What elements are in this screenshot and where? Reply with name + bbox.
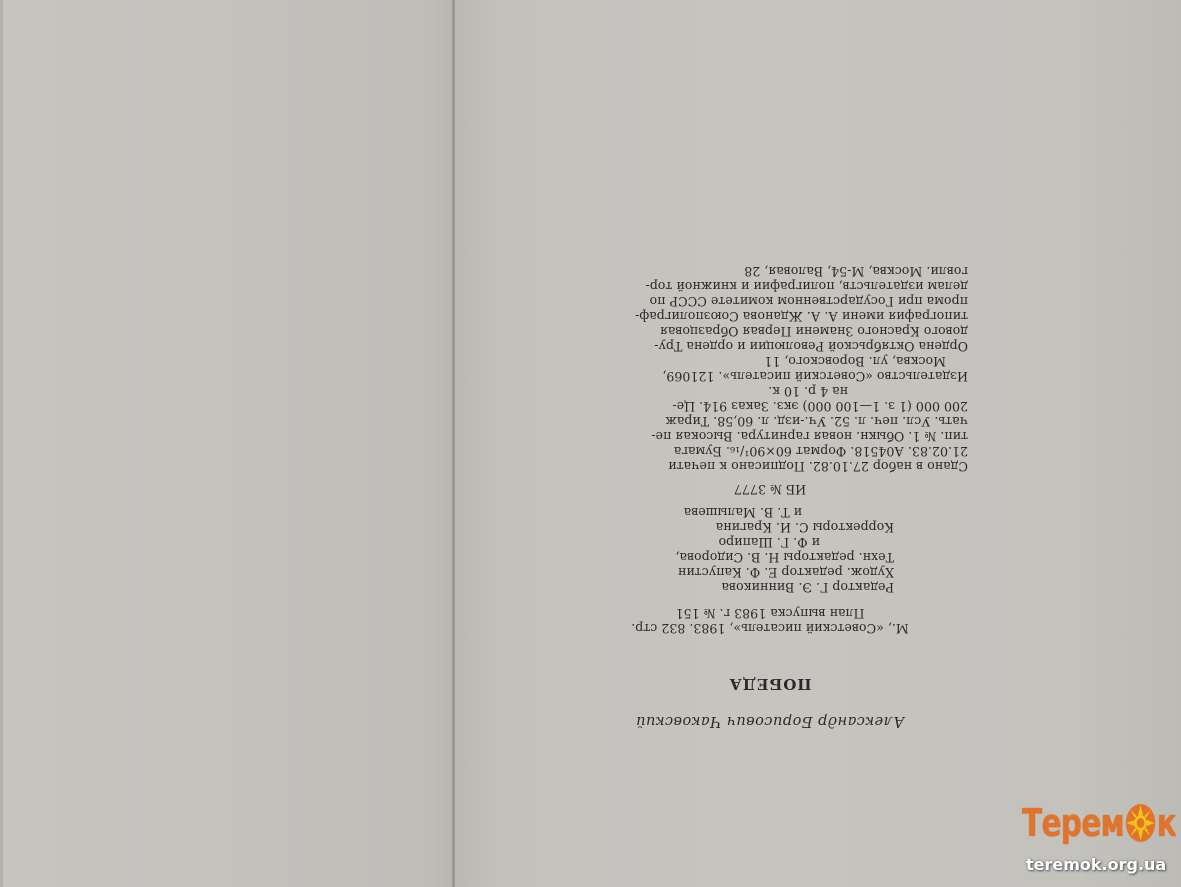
credit-tech-editors-cont: и Ф. Г. Шапиро (560, 535, 894, 550)
colophon-line: тип. № 1. Обыкн. новая гарнитура. Высока… (560, 429, 968, 444)
teremok-watermark: Терем к teremok.org.ua (1018, 798, 1178, 884)
sun-icon (1125, 803, 1156, 843)
colophon-line: 21.02.83. А04518. Формат 60×90¹/₁₆. Бума… (560, 444, 968, 459)
colophon-line: на 4 р. 10 к. (560, 384, 968, 399)
colophon-line: Издательство «Советский писатель». 12106… (560, 369, 968, 384)
credit-editor: Редактор Г. Э. Винникова (560, 580, 894, 595)
book-author: Александр Борисович Чаковский (560, 713, 980, 728)
credit-art-editor: Худож. редактор Е. Ф. Капустин (560, 565, 894, 580)
plan-line: План выпуска 1983 г. № 151 (560, 606, 980, 621)
credit-proofreaders-cont: и Т. В. Малышева (560, 505, 894, 520)
imprint-page-upside-down: Александр Борисович Чаковский ПОБЕДА М.,… (560, 248, 980, 728)
credits-block: Редактор Г. Э. Винникова Худож. редактор… (560, 505, 980, 595)
colophon-line: дового Красного Знамени Первая Образцова… (560, 324, 968, 339)
colophon-line: делам издательств, полиграфии и книжной … (560, 279, 968, 294)
colophon-line: говли. Москва, М-54, Валовая, 28 (560, 264, 968, 279)
book-spine-gutter (452, 0, 455, 887)
teremok-logo: Терем к (1022, 798, 1176, 848)
publication-line: М., «Советский писатель», 1983. 832 стр. (560, 621, 980, 636)
colophon-block: Сдано в набор 27.10.82. Подписано к печа… (560, 264, 980, 474)
colophon-line: чать. Усл. печ. л. 52. Уч.-изд. л. 60,58… (560, 414, 968, 429)
left-page-edge (0, 0, 3, 887)
colophon-line: Москва, ул. Воровского, 11 (560, 354, 968, 369)
colophon-line: прома при Государственном комитете СССР … (560, 294, 968, 309)
colophon-line: Сдано в набор 27.10.82. Подписано к печа… (560, 459, 968, 474)
colophon-line: Ордена Октябрьской Революции и ордена Тр… (560, 339, 968, 354)
book-title: ПОБЕДА (560, 676, 980, 691)
left-page-blank (0, 0, 453, 887)
colophon-line: типография имени А. А. Жданова Союзполиг… (560, 309, 968, 324)
colophon-line: 200 000 (1 з. 1—100 000) экз. Заказ 914.… (560, 399, 968, 414)
ib-number: ИБ № 3777 (560, 482, 980, 497)
credit-tech-editors: Техн. редакторы Н. В. Сидорова, (560, 550, 894, 565)
watermark-url: teremok.org.ua (1026, 855, 1166, 874)
credit-proofreaders: Корректоры С. И. Крагина (560, 520, 894, 535)
